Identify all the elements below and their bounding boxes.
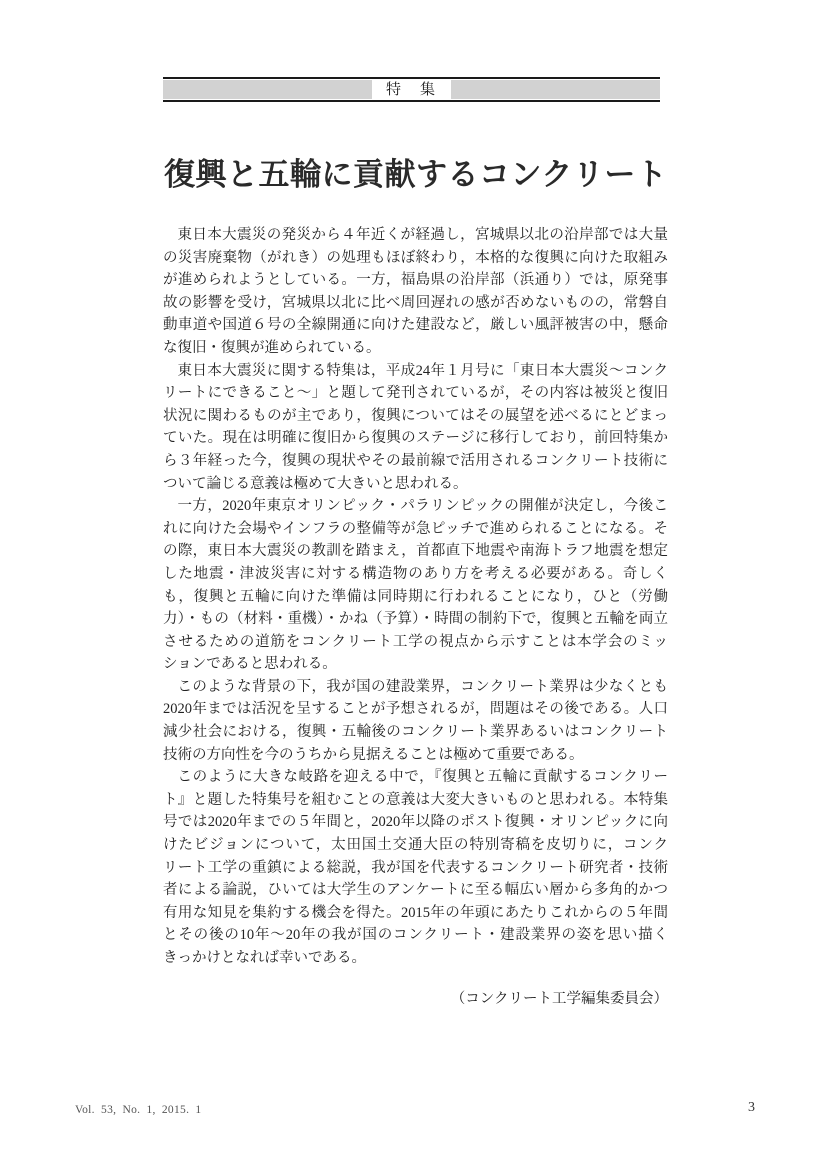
magazine-page: 特 集 復興と五輪に貢献するコンクリート 東日本大震災の発災から４年近くが経過し… xyxy=(0,0,827,1170)
signature: （コンクリート工学編集委員会） xyxy=(163,988,668,1011)
feature-band-bar-left xyxy=(163,80,372,99)
paragraph: このような背景の下，我が国の建設業界，コンクリート業界は少なくとも2020年まで… xyxy=(163,676,668,766)
paragraph: 東日本大震災に関する特集は，平成24年１月号に「東日本大震災〜コンクリートにでき… xyxy=(163,360,668,496)
article-body: 東日本大震災の発災から４年近くが経過し，宮城県以北の沿岸部では大量の災害廃棄物（… xyxy=(163,224,668,1010)
feature-band: 特 集 xyxy=(163,77,660,102)
paragraph: 一方，2020年東京オリンピック・パラリンピックの開催が決定し，今後これに向けた… xyxy=(163,495,668,676)
page-title: 復興と五輪に貢献するコンクリート xyxy=(164,149,684,194)
footer-page-number: 3 xyxy=(748,1100,755,1116)
feature-band-bar-right xyxy=(451,80,660,99)
feature-label: 特 集 xyxy=(372,80,451,99)
paragraph: 東日本大震災の発災から４年近くが経過し，宮城県以北の沿岸部では大量の災害廃棄物（… xyxy=(163,224,668,360)
feature-band-inner: 特 集 xyxy=(163,80,660,99)
footer-volume: Vol. 53, No. 1, 2015. 1 xyxy=(75,1104,201,1116)
paragraph: このように大きな岐路を迎える中で，『復興と五輪に貢献するコンクリート』と題した特… xyxy=(163,766,668,969)
